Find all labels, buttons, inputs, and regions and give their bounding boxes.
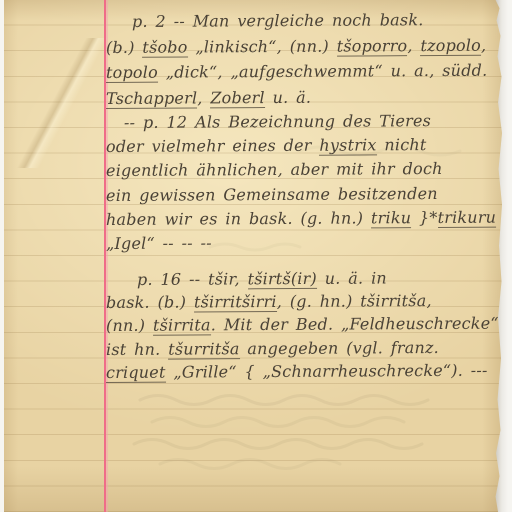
underlined-term: tširritširri bbox=[194, 292, 277, 313]
manuscript-line: criquet „Grille“ { „Schnarrheuschrecke“)… bbox=[106, 359, 488, 383]
manuscript-line: eigentlich ähnlichen, aber mit ihr doch bbox=[106, 158, 443, 182]
manuscript-line: p. 16 -- tšir, tširtš(ir) u. ä. in bbox=[137, 267, 387, 291]
manuscript-line: bask. (b.) tširritširri, (g. hn.) tširri… bbox=[106, 290, 432, 314]
manuscript-line: ein gewissen Gemeinsame besitzenden bbox=[106, 183, 438, 207]
manuscript-line: -- p. 12 Als Bezeichnung des Tieres bbox=[124, 110, 431, 134]
manuscript-scan: { "document": { "kind": "handwritten-man… bbox=[0, 0, 512, 512]
manuscript-line: p. 2 -- Man vergleiche noch bask. bbox=[132, 9, 424, 33]
manuscript-line: haben wir es in bask. (g. hn.) triku }*t… bbox=[106, 206, 496, 230]
manuscript-line: (nn.) tširrita. Mit der Bed. „Feldheusch… bbox=[106, 313, 499, 337]
underlined-term: tzopolo bbox=[420, 35, 481, 55]
underlined-term: Tschapperl bbox=[106, 88, 197, 109]
manuscript-line: Tschapperl, Zoberl u. ä. bbox=[106, 87, 311, 110]
underlined-term: criquet bbox=[106, 362, 166, 382]
underlined-term: hystrix bbox=[319, 136, 376, 156]
underlined-term: tšobo bbox=[142, 37, 187, 57]
underlined-term: tšurritša bbox=[168, 339, 239, 359]
manuscript-line: oder vielmehr eines der hystrix nicht bbox=[106, 134, 427, 158]
manuscript-line: ist hn. tšurritša angegeben (vgl. franz. bbox=[106, 337, 439, 361]
underlined-term: topolo bbox=[106, 63, 158, 83]
manuscript-line: topolo „dick“, „aufgeschwemmt“ u. a., sü… bbox=[106, 60, 487, 84]
underlined-term: triku bbox=[371, 208, 411, 228]
underlined-term: Zoberl bbox=[210, 88, 265, 108]
underlined-term: tširrita bbox=[153, 316, 211, 336]
underlined-term: trikuru bbox=[438, 207, 497, 227]
underlined-term: tšoporro bbox=[337, 36, 408, 56]
handwritten-text-layer: p. 2 -- Man vergleiche noch bask.(b.) tš… bbox=[0, 0, 512, 512]
manuscript-line: „Igel“ -- -- -- bbox=[106, 232, 212, 255]
underlined-term: tširtš(ir) bbox=[248, 269, 317, 289]
manuscript-line: (b.) tšobo „linkisch“, (nn.) tšoporro, t… bbox=[106, 34, 486, 58]
